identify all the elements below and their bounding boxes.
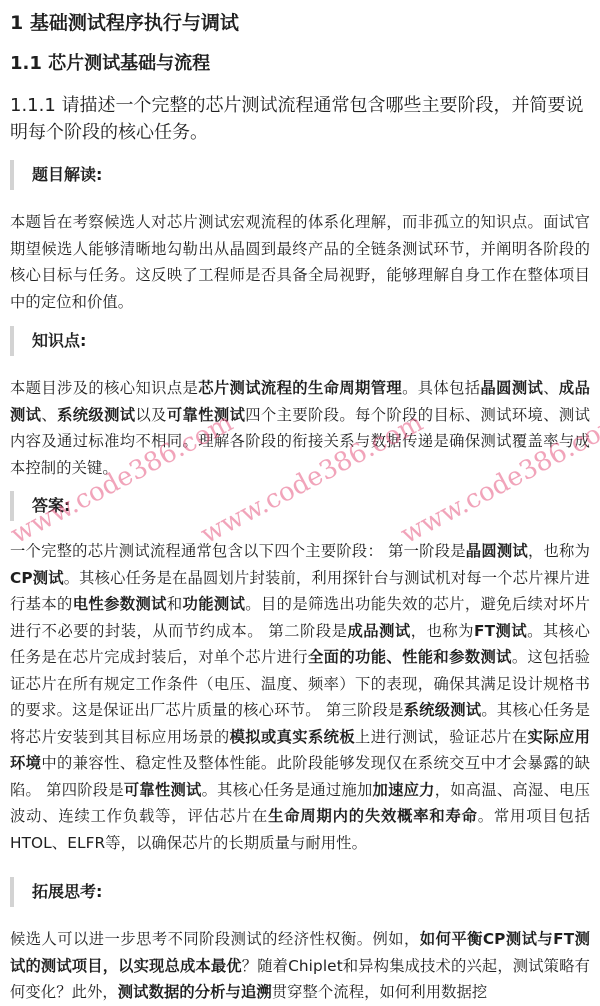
- body-text: ，也称为: [528, 542, 590, 560]
- chapter-heading: 1 基础测试程序执行与调试: [10, 8, 239, 35]
- emphasis-text: 生命周期内的失效概率和寿命: [268, 807, 478, 825]
- knowledge-heading: 知识点:: [10, 326, 86, 356]
- answer-heading: 答案:: [10, 491, 70, 521]
- body-text: 本题目涉及的核心知识点是: [10, 379, 198, 397]
- answer-text: 一个完整的芯片测试流程通常包含以下四个主要阶段： 第一阶段是晶圆测试，也称为CP…: [10, 538, 590, 856]
- body-text: 以及: [135, 406, 166, 424]
- body-text: 贯穿整个流程，如何利用数据挖: [272, 983, 488, 1001]
- emphasis-text: 模拟或真实系统板: [230, 728, 355, 746]
- emphasis-text: 测试数据的分析与追溯: [118, 983, 272, 1001]
- body-text: 。具体包括: [402, 379, 480, 397]
- emphasis-text: 可靠性测试: [167, 406, 245, 424]
- body-text: 和: [167, 595, 183, 613]
- interpretation-heading: 题目解读:: [10, 160, 102, 190]
- section-heading: 1.1 芯片测试基础与流程: [10, 49, 210, 75]
- question-heading: 1.1.1 请描述一个完整的芯片测试流程通常包含哪些主要阶段，并简要说明每个阶段…: [10, 92, 590, 146]
- emphasis-text: 加速应力: [373, 781, 435, 799]
- emphasis-text: 芯片测试流程的生命周期管理: [198, 379, 402, 397]
- emphasis-text: FT测试: [474, 622, 527, 640]
- emphasis-text: 成品测试: [347, 622, 410, 640]
- emphasis-text: 功能测试: [183, 595, 246, 613]
- body-text: 上进行测试，验证芯片在: [355, 728, 528, 746]
- body-text: 、: [543, 379, 559, 397]
- body-text: 候选人可以进一步思考不同阶段测试的经济性权衡。例如，: [10, 930, 420, 948]
- knowledge-text: 本题目涉及的核心知识点是芯片测试流程的生命周期管理。具体包括晶圆测试、成品测试、…: [10, 375, 590, 481]
- emphasis-text: 全面的功能、性能和参数测试: [308, 648, 512, 666]
- emphasis-text: 系统级测试: [57, 406, 135, 424]
- extension-text: 候选人可以进一步思考不同阶段测试的经济性权衡。例如，如何平衡CP测试与FT测试的…: [10, 926, 590, 1006]
- emphasis-text: CP测试: [10, 569, 64, 587]
- emphasis-text: 晶圆测试: [466, 542, 528, 560]
- interpretation-text: 本题旨在考察候选人对芯片测试宏观流程的体系化理解，而非孤立的知识点。面试官期望候…: [10, 209, 590, 315]
- emphasis-text: 电性参数测试: [73, 595, 167, 613]
- emphasis-text: 晶圆测试: [480, 379, 543, 397]
- body-text: 。其核心任务是通过施加: [202, 781, 373, 799]
- body-text: 一个完整的芯片测试流程通常包含以下四个主要阶段： 第一阶段是: [10, 542, 466, 560]
- body-text: 、: [41, 406, 57, 424]
- extension-heading: 拓展思考:: [10, 877, 102, 907]
- emphasis-text: 可靠性测试: [124, 781, 202, 799]
- emphasis-text: 系统级测试: [404, 701, 482, 719]
- body-text: ，也称为: [411, 622, 474, 640]
